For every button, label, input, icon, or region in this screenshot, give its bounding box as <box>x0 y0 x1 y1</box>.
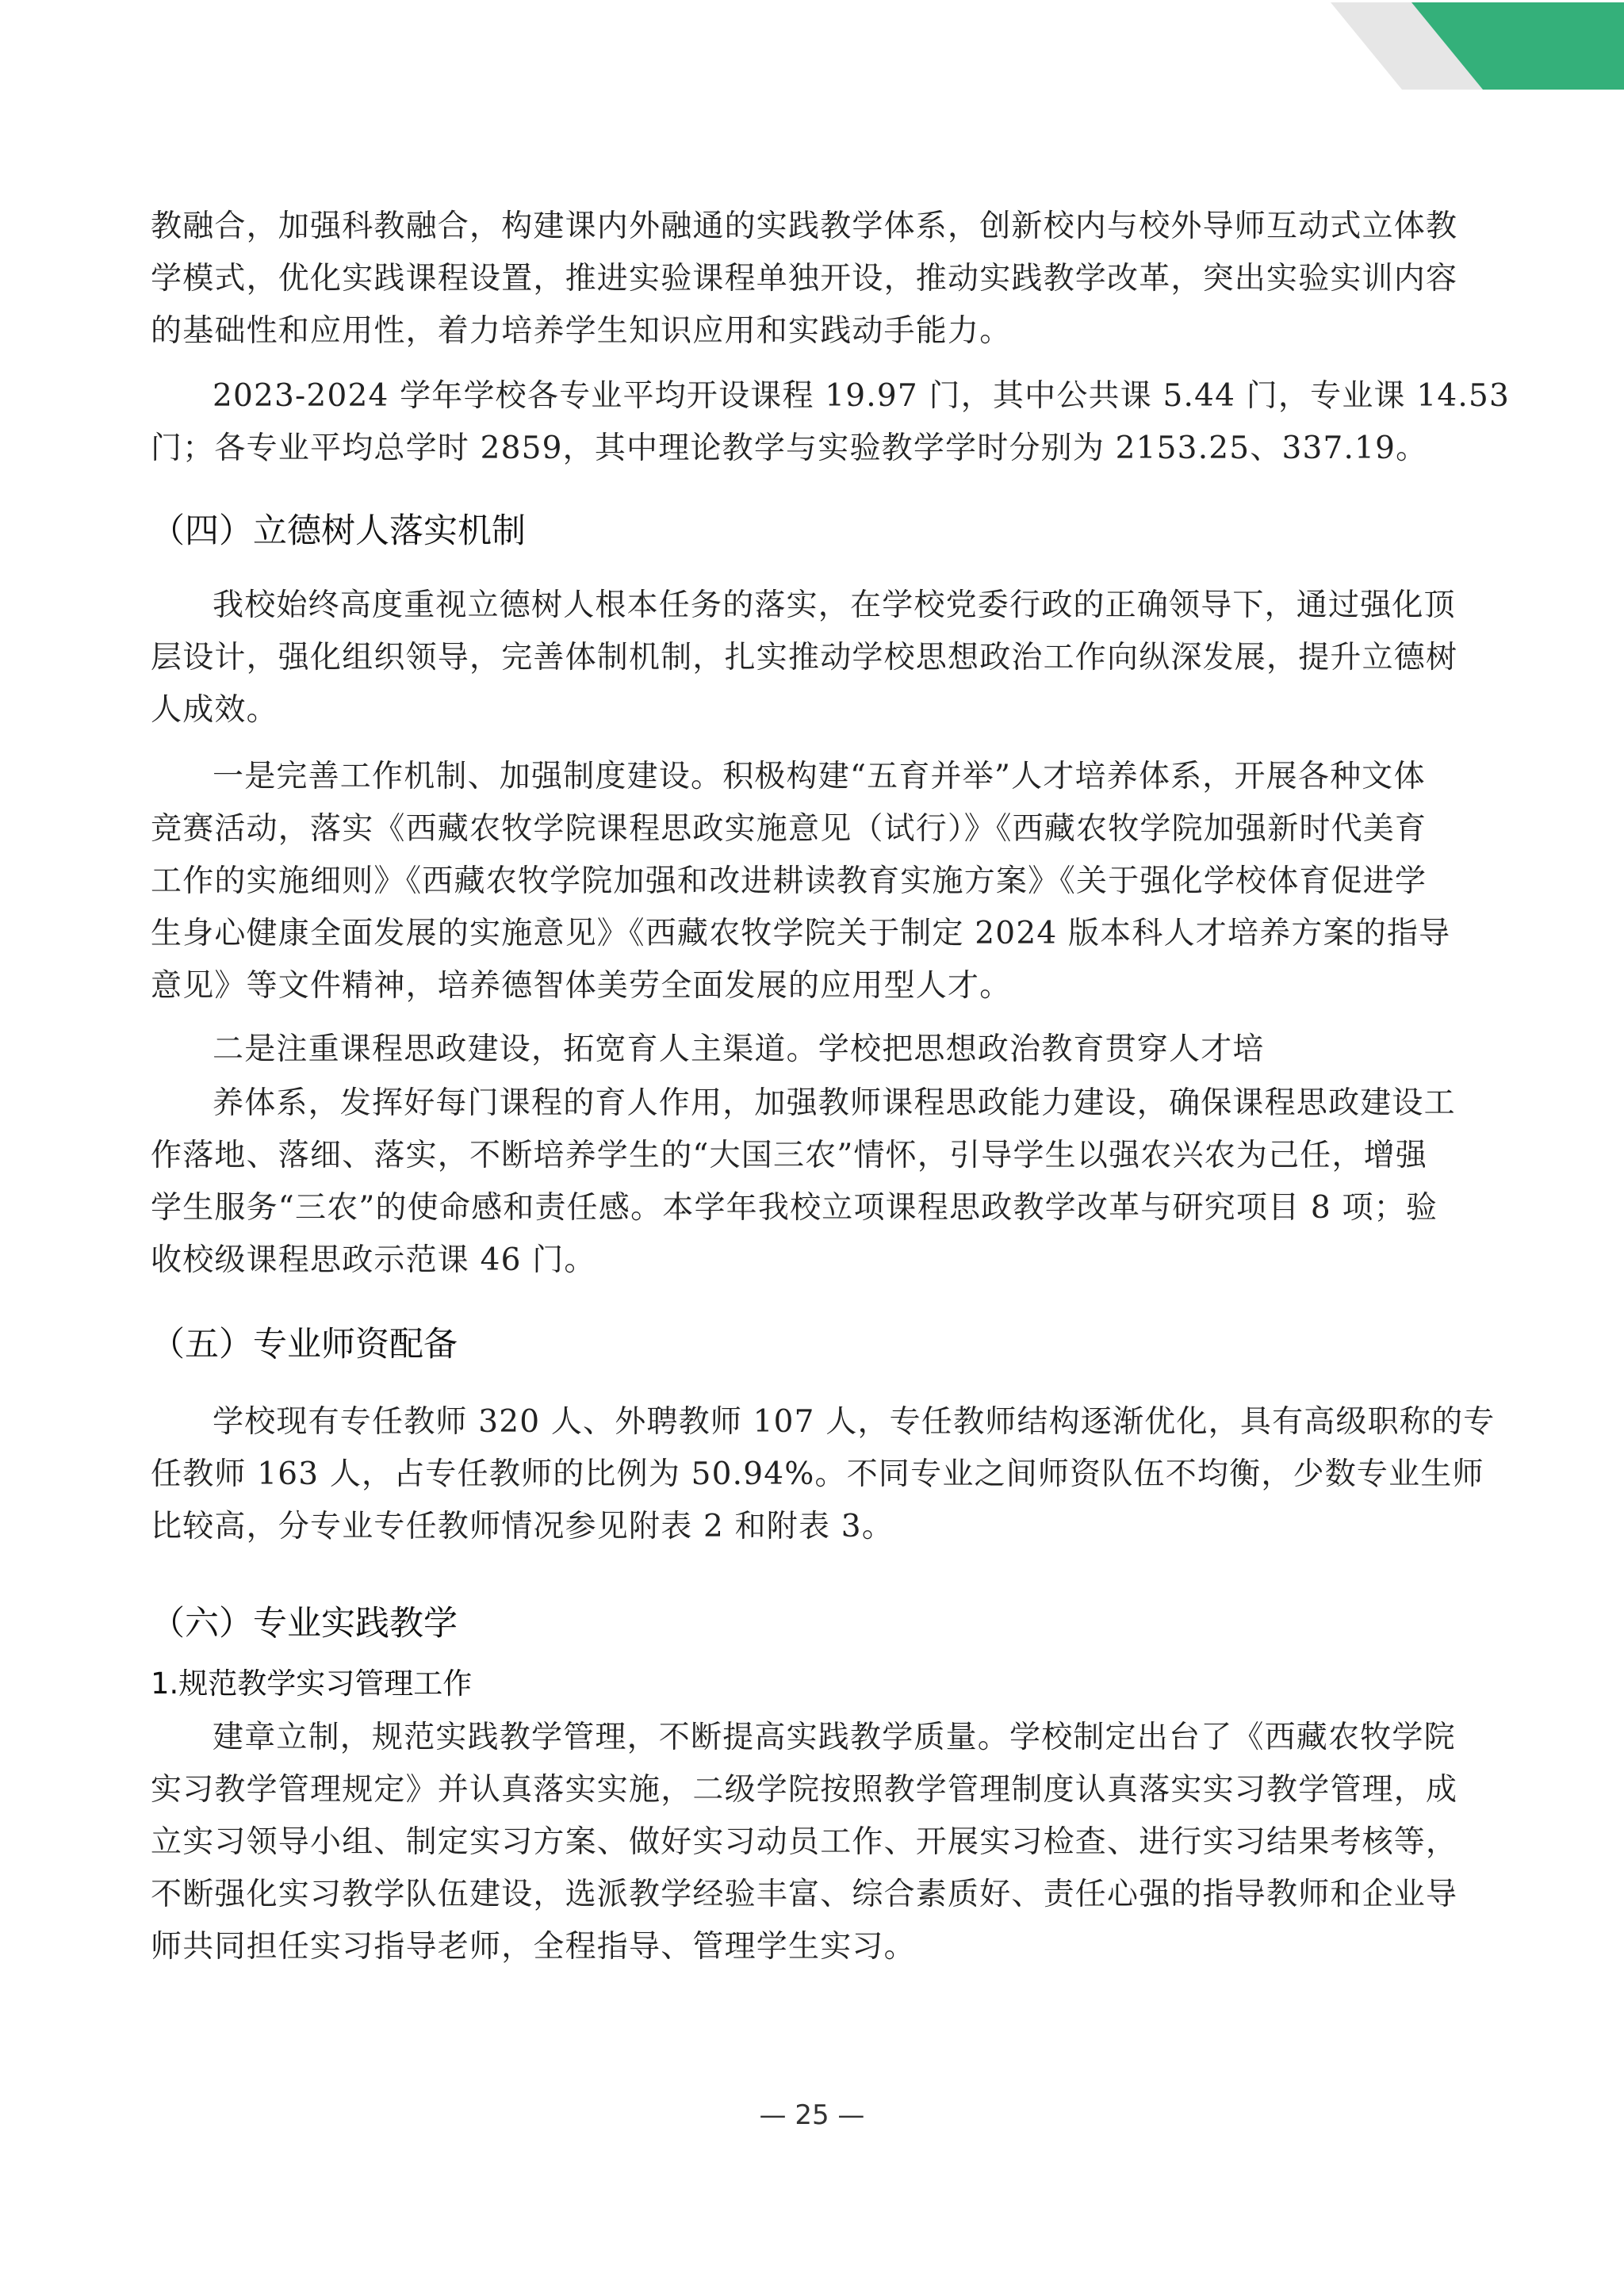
body-text-line: 任教师 163 人，占专任教师的比例为 50.94%。不同专业之间师资队伍不均衡… <box>151 1452 1477 1497</box>
body-text-line: 师共同担任实习指导老师，全程指导、管理学生实习。 <box>151 1925 1477 1969</box>
body-text-line: 养体系，发挥好每门课程的育人作用，加强教师课程思政能力建设，确保课程思政建设工 <box>213 1081 1477 1126</box>
body-text-line: 2023-2024 学年学校各专业平均开设课程 19.97 门，其中公共课 5.… <box>213 374 1477 419</box>
body-text-line: 二是注重课程思政建设，拓宽育人主渠道。学校把思想政治教育贯穿人才培 <box>213 1027 1477 1072</box>
body-text-line: 收校级课程思政示范课 46 门。 <box>151 1238 1477 1283</box>
body-text-line: 建章立制，规范实践教学管理，不断提高实践教学质量。学校制定出台了《西藏农牧学院 <box>213 1716 1477 1760</box>
body-text-line: 学校现有专任教师 320 人、外聘教师 107 人，专任教师结构逐渐优化，具有高… <box>213 1400 1477 1445</box>
body-text-line: 的基础性和应用性，着力培养学生知识应用和实践动手能力。 <box>151 309 1477 354</box>
section-heading: （四）立德树人落实机制 <box>151 507 526 555</box>
body-text-line: 意见》等文件精神，培养德智体美劳全面发展的应用型人才。 <box>151 964 1477 1008</box>
body-text-line: 不断强化实习教学队伍建设，选派教学经验丰富、综合素质好、责任心强的指导教师和企业… <box>151 1873 1477 1917</box>
body-text-line: 实习教学管理规定》并认真落实实施，二级学院按照教学管理制度认真落实实习教学管理，… <box>151 1768 1477 1812</box>
section-heading: （五）专业师资配备 <box>151 1321 458 1368</box>
body-text-line: 学生服务“三农”的使命感和责任感。本学年我校立项课程思政教学改革与研究项目 8 … <box>151 1186 1477 1230</box>
body-text-line: 学模式，优化实践课程设置，推进实验课程单独开设，推动实践教学改革，突出实验实训内… <box>151 257 1477 301</box>
body-text-line: 立实习领导小组、制定实习方案、做好实习动员工作、开展实习检查、进行实习结果考核等… <box>151 1820 1477 1865</box>
body-text-line: 生身心健康全面发展的实施意见》《西藏农牧学院关于制定 2024 版本科人才培养方… <box>151 912 1477 956</box>
body-text-line: 人成效。 <box>151 688 1477 733</box>
body-text-line: 工作的实施细则》《西藏农牧学院加强和改进耕读教育实施方案》《关于强化学校体育促进… <box>151 859 1477 904</box>
body-text-line: 竞赛活动，落实《西藏农牧学院课程思政实施意见（试行）》《西藏农牧学院加强新时代美… <box>151 807 1477 851</box>
body-text-line: 层设计，强化组织领导，完善体制机制，扎实推动学校思想政治工作向纵深发展，提升立德… <box>151 636 1477 680</box>
body-text-line: 作落地、落细、落实，不断培养学生的“大国三农”情怀，引导学生以强农兴农为己任，增… <box>151 1134 1477 1178</box>
body-text-line: 一是完善工作机制、加强制度建设。积极构建“五育并举”人才培养体系，开展各种文体 <box>213 755 1477 799</box>
subsection-heading: 1.规范教学实习管理工作 <box>151 1663 472 1705</box>
section-heading: （六）专业实践教学 <box>151 1600 458 1647</box>
body-text-line: 比较高，分专业专任教师情况参见附表 2 和附表 3。 <box>151 1505 1477 1549</box>
page-number: — 25 — <box>0 2099 1624 2131</box>
body-text-line: 教融合，加强科教融合，构建课内外融通的实践教学体系，创新校内与校外导师互动式立体… <box>151 205 1477 249</box>
corner-stripe-icon <box>1259 0 1624 91</box>
header-decoration <box>1259 0 1624 91</box>
body-text-line: 门；各专业平均总学时 2859，其中理论教学与实验教学学时分别为 2153.25… <box>151 427 1477 471</box>
body-text-line: 我校始终高度重视立德树人根本任务的落实，在学校党委行政的正确领导下，通过强化顶 <box>213 584 1477 628</box>
